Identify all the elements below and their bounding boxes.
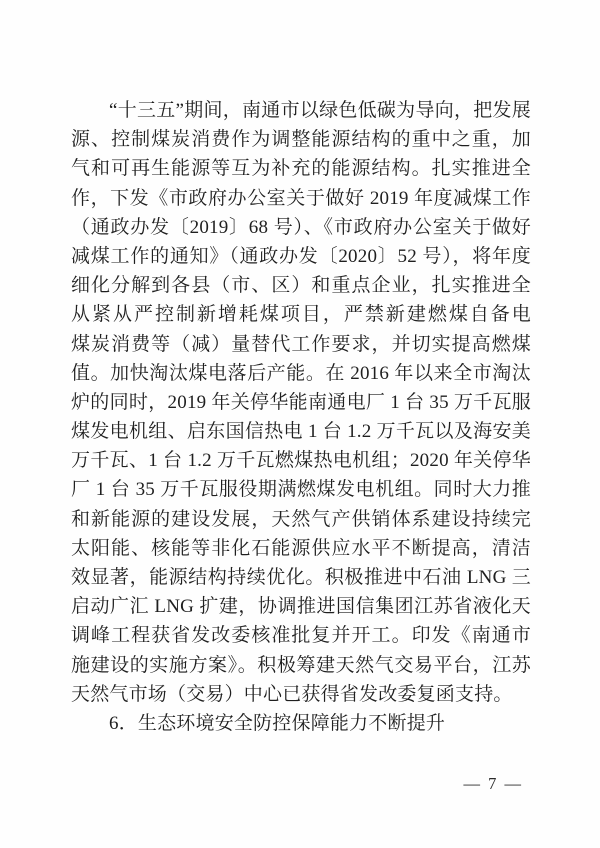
body-line: 源、控制煤炭消费作为调整能源结构的重中之重，加快形成煤、 — [71, 125, 531, 154]
body-line: 气和可再生能源等互为补充的能源结构。扎实推进全市减煤工 — [71, 154, 531, 183]
body-line: 煤发电机组、启东国信热电 1 台 1.2 万千瓦以及海安美亚 1 台 1.5 — [71, 417, 531, 446]
page-number: — 7 — — [464, 774, 524, 794]
body-line: 从紧从严控制新增耗煤项目，严禁新建燃煤自备电厂。严格落实 — [71, 300, 531, 329]
body-line: （通政办发〔2019〕68 号）、《市政府办公室关于做好 2020 年度 — [71, 213, 531, 242]
section-heading: 6．生态环境安全防控保障能力不断提升 — [71, 709, 531, 738]
body-line: 天然气市场（交易）中心已获得省发改委复函支持。 — [71, 680, 531, 709]
body-line: 减煤工作的通知》（通政办发〔2020〕52 号），将年度减煤任务 — [71, 242, 531, 271]
body-line: 细化分解到各县（市、区）和重点企业，扎实推进全市减煤工作。 — [71, 271, 531, 300]
body-line: 调峰工程获省发改委核准批复并开工。印发《南通市加快储气设 — [71, 621, 531, 650]
body-line: 万千瓦、1 台 1.2 万千瓦燃煤热电机组；2020 年关停华能南通电 — [71, 446, 531, 475]
body-line: 煤炭消费等（减）量替代工作要求，并切实提高燃煤机组燃煤热 — [71, 330, 531, 359]
body-text-block: “十三五”期间，南通市以绿色低碳为导向，把发展清洁能 源、控制煤炭消费作为调整能… — [71, 96, 531, 738]
body-line: 效显著，能源结构持续优化。积极推进中石油 LNG 三期建设、 — [71, 563, 531, 592]
body-line: 太阳能、核能等非化石能源供应水平不断提高，清洁能源发展成 — [71, 534, 531, 563]
body-line: 施建设的实施方案》。积极筹建天然气交易平台，江苏省（南通） — [71, 651, 531, 680]
body-line: 炉的同时，2019 年关停华能南通电厂 1 台 35 万千瓦服役期满燃 — [71, 388, 531, 417]
body-line: 值。加快淘汰煤电落后产能。在 2016 年以来全市淘汰 3199 台锅 — [71, 359, 531, 388]
body-line: 和新能源的建设发展，天然气产供销体系建设持续完善，风能、 — [71, 505, 531, 534]
body-line: 启动广汇 LNG 扩建，协调推进国信集团江苏省液化天然气储运 — [71, 592, 531, 621]
body-line: “十三五”期间，南通市以绿色低碳为导向，把发展清洁能 — [71, 96, 531, 125]
body-line: 作，下发《市政府办公室关于做好 2019 年度减煤工作的通知》 — [71, 184, 531, 213]
body-line: 厂 1 台 35 万千瓦服役期满燃煤发电机组。同时大力推进天然气 — [71, 475, 531, 504]
document-page: “十三五”期间，南通市以绿色低碳为导向，把发展清洁能 源、控制煤炭消费作为调整能… — [0, 0, 600, 848]
